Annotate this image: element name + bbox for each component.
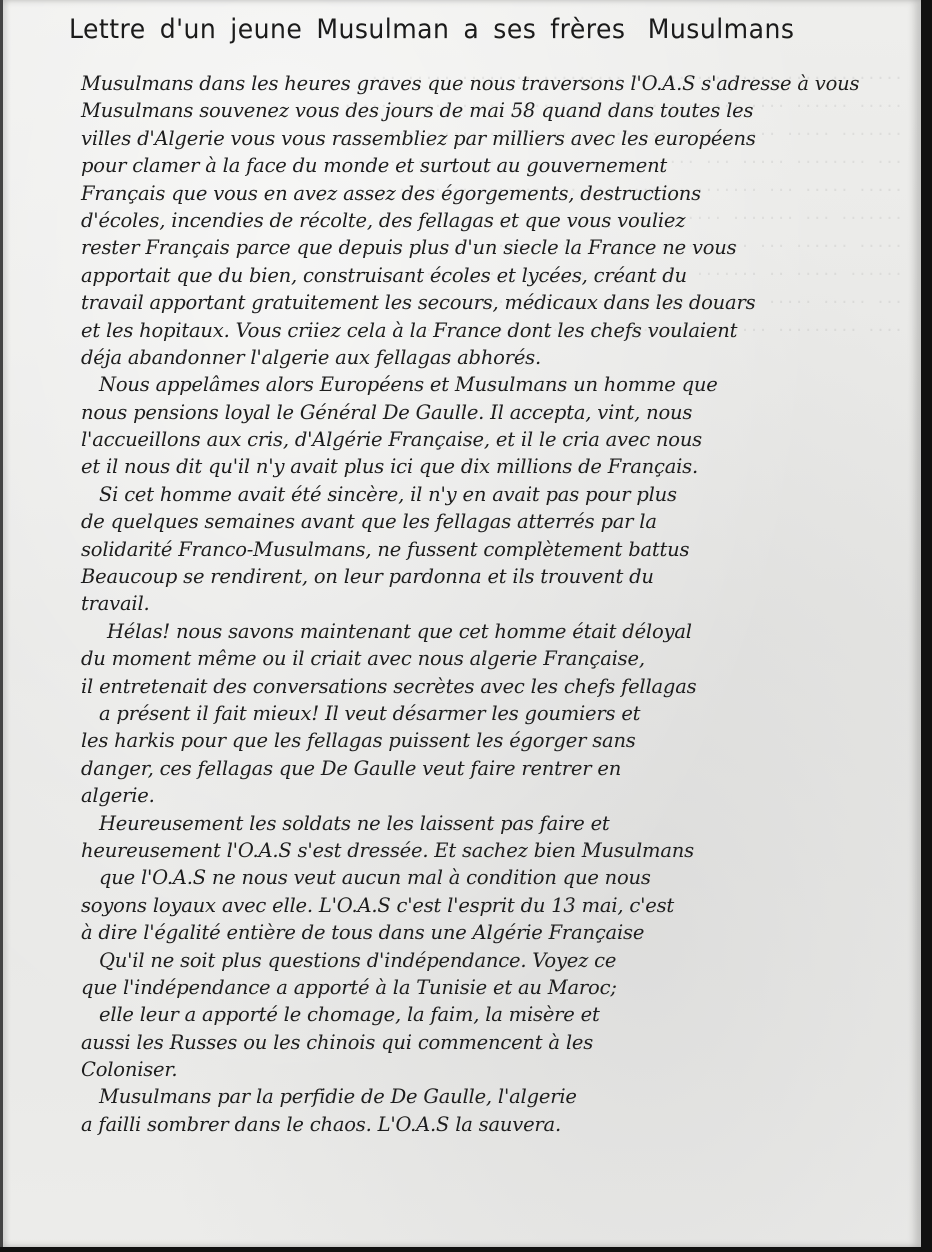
title-main: Lettre d'un jeune Musulman a ses frères (69, 14, 625, 45)
paragraph-start-line: Musulmans par la perfidie de De Gaulle, … (81, 1083, 861, 1110)
text-line: danger, ces fellagas que De Gaulle veut … (81, 755, 861, 782)
text-line: Beaucoup se rendirent, on leur pardonna … (81, 563, 861, 590)
text-line: solidarité Franco-Musulmans, ne fussent … (81, 536, 861, 563)
text-line: villes d'Algerie vous vous rassembliez p… (81, 125, 861, 152)
text-line: il entretenait des conversations secrète… (81, 673, 861, 700)
text-line: travail apportant gratuitement les secou… (81, 289, 861, 316)
text-line: que l'indépendance a apporté à la Tunisi… (81, 974, 861, 1001)
text-line: Musulmans souvenez vous des jours de mai… (81, 97, 861, 124)
letter-body: Musulmans dans les heures graves que nou… (81, 70, 861, 1138)
text-line: algerie. (81, 782, 861, 809)
text-line: déja abandonner l'algerie aux fellagas a… (81, 344, 861, 371)
text-line: les harkis pour que les fellagas puissen… (81, 727, 861, 754)
text-line: Musulmans dans les heures graves que nou… (81, 70, 861, 97)
title-end: Musulmans (648, 14, 795, 45)
paragraph-start-line: Si cet homme avait été sincère, il n'y e… (81, 481, 861, 508)
paragraph-start-line: Hélas! nous savons maintenant que cet ho… (81, 618, 861, 645)
text-line: Français que vous en avez assez des égor… (81, 180, 861, 207)
text-line: de quelques semaines avant que les fella… (81, 508, 861, 535)
paragraph-start-line: Heureusement les soldats ne les laissent… (81, 810, 861, 837)
text-line: et les hopitaux. Vous criiez cela à la F… (81, 317, 861, 344)
paragraph-start-line: Qu'il ne soit plus questions d'indépenda… (81, 947, 861, 974)
text-line: que l'O.A.S ne nous veut aucun mal à con… (81, 864, 861, 891)
text-line: l'accueillons aux cris, d'Algérie França… (81, 426, 861, 453)
text-line: travail. (81, 590, 861, 617)
text-line: soyons loyaux avec elle. L'O.A.S c'est l… (81, 892, 861, 919)
scan-right-edge (921, 0, 932, 1252)
text-line: apportait que du bien, construisant écol… (81, 262, 861, 289)
scan-bottom-edge (0, 1247, 932, 1252)
letter-title: Lettre d'un jeune Musulman a ses frèresM… (69, 14, 813, 45)
text-line: a présent il fait mieux! Il veut désarme… (81, 700, 861, 727)
text-line: à dire l'égalité entière de tous dans un… (81, 919, 861, 946)
text-line: Coloniser. (81, 1056, 861, 1083)
paper-sheet: ........ .... ..... ...... ... .........… (3, 0, 921, 1247)
text-line: du moment même ou il criait avec nous al… (81, 645, 861, 672)
text-line: nous pensions loyal le Général De Gaulle… (81, 399, 861, 426)
text-line: a failli sombrer dans le chaos. L'O.A.S … (81, 1111, 861, 1138)
paragraph-start-line: Nous appelâmes alors Européens et Musulm… (81, 371, 861, 398)
text-line: d'écoles, incendies de récolte, des fell… (81, 207, 861, 234)
text-line: aussi les Russes ou les chinois qui comm… (81, 1029, 861, 1056)
text-line: et il nous dit qu'il n'y avait plus ici … (81, 453, 861, 480)
text-line: elle leur a apporté le chomage, la faim,… (81, 1001, 861, 1028)
text-line: heureusement l'O.A.S s'est dressée. Et s… (81, 837, 861, 864)
text-line: pour clamer à la face du monde et surtou… (81, 152, 861, 179)
text-line: rester Français parce que depuis plus d'… (81, 234, 861, 261)
